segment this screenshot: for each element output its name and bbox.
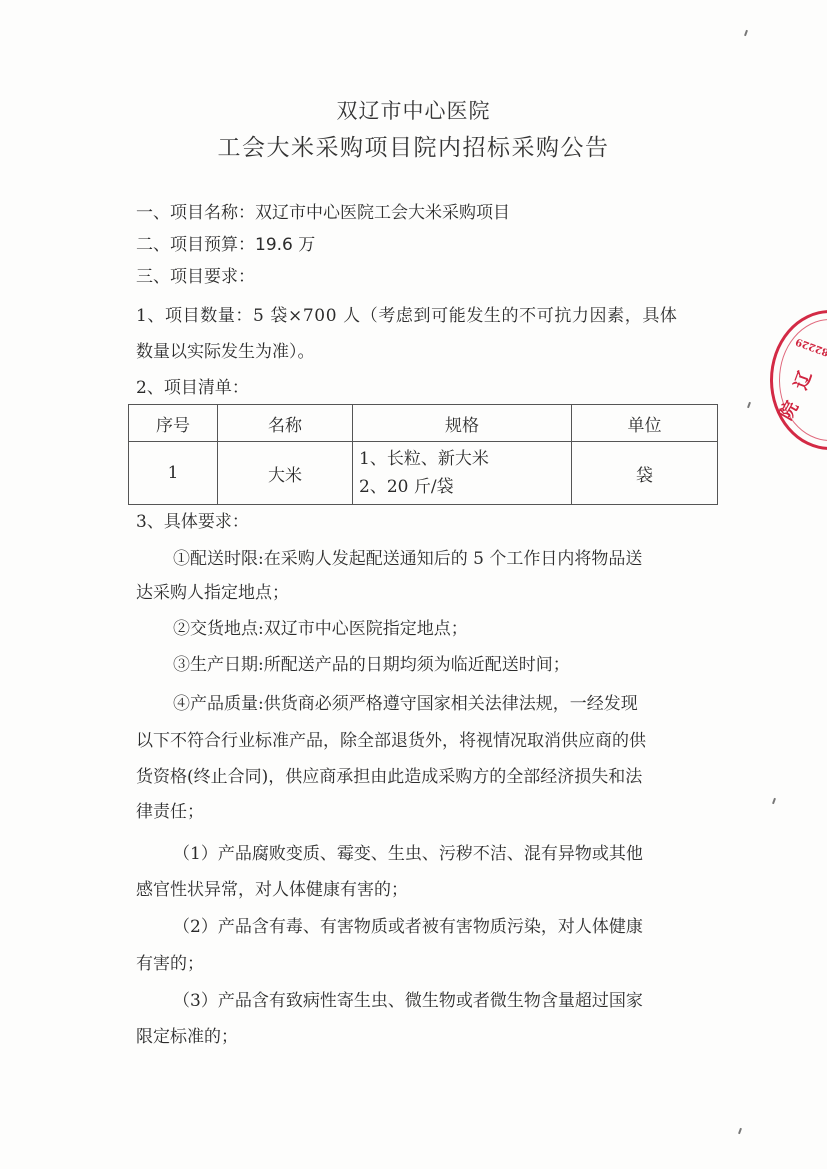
req-specific-label: 3、具体要求： [136,507,249,532]
item-production-date: ③生产日期:所配送产品的日期均须为临近配送时间； [173,650,570,675]
item-delivery-place: ②交货地点:双辽市中心医院指定地点； [173,614,468,639]
item-delivery-time-2: 达采购人指定地点； [136,578,289,603]
item-table: 序号 名称 规格 单位 1 大米 1、长粒、新大米 2、20 斤/袋 袋 [128,404,718,505]
title-hospital: 双辽市中心医院 [0,95,827,125]
item-delivery-time-1: ①配送时限:在采购人发起配送通知后的 5 个工作日内将物品送 [173,544,642,569]
req-list-label: 2、项目清单： [136,373,249,398]
table-row: 1 大米 1、长粒、新大米 2、20 斤/袋 袋 [129,442,718,505]
header-spec: 规格 [353,405,572,442]
official-seal: 82229 辽 院 [770,310,827,450]
cell-spec: 1、长粒、新大米 2、20 斤/袋 [353,442,572,505]
cell-name: 大米 [218,442,353,505]
clause-1-line1: （1）产品腐败变质、霉变、生虫、污秽不洁、混有异物或其他 [173,839,643,864]
req-quantity-line1: 1、项目数量：5 袋×700 人（考虑到可能发生的不可抗力因素，具体 [136,301,678,326]
scan-mark [738,1128,742,1134]
cell-index: 1 [129,442,218,505]
scan-mark [747,402,751,408]
header-name: 名称 [218,405,353,442]
clause-3-line2: 限定标准的； [136,1022,238,1047]
item-quality-3: 货资格(终止合同)，供应商承担由此造成采购方的全部经济损失和法 [136,762,642,787]
section-budget: 二、项目预算：19.6 万 [136,230,315,255]
document-page: 双辽市中心医院 工会大米采购项目院内招标采购公告 一、项目名称：双辽市中心医院工… [0,0,827,1169]
clause-2-line1: （2）产品含有毒、有害物质或者被有害物质污染，对人体健康 [173,912,643,937]
spec-line2: 2、20 斤/袋 [359,473,571,501]
section-project-name: 一、项目名称：双辽市中心医院工会大米采购项目 [136,198,510,223]
title-announcement: 工会大米采购项目院内招标采购公告 [0,129,827,162]
table-header-row: 序号 名称 规格 单位 [129,405,718,442]
scan-mark [744,30,748,36]
cell-unit: 袋 [572,442,718,505]
clause-1-line2: 感官性状异常，对人体健康有害的； [136,875,408,900]
item-quality-1: ④产品质量:供货商必须严格遵守国家相关法律法规，一经发现 [173,689,638,714]
req-quantity-line2: 数量以实际发生为准）。 [136,337,315,362]
section-requirements: 三、项目要求： [136,262,255,287]
item-quality-4: 律责任； [136,797,204,822]
header-index: 序号 [129,405,218,442]
clause-2-line2: 有害的； [136,949,204,974]
scan-mark [772,798,776,804]
clause-3-line1: （3）产品含有致病性寄生虫、微生物或者微生物含量超过国家 [173,986,643,1011]
spec-line1: 1、长粒、新大米 [359,445,571,473]
item-quality-2: 以下不符合行业标准产品，除全部退货外，将视情况取消供应商的供 [136,726,646,751]
header-unit: 单位 [572,405,718,442]
